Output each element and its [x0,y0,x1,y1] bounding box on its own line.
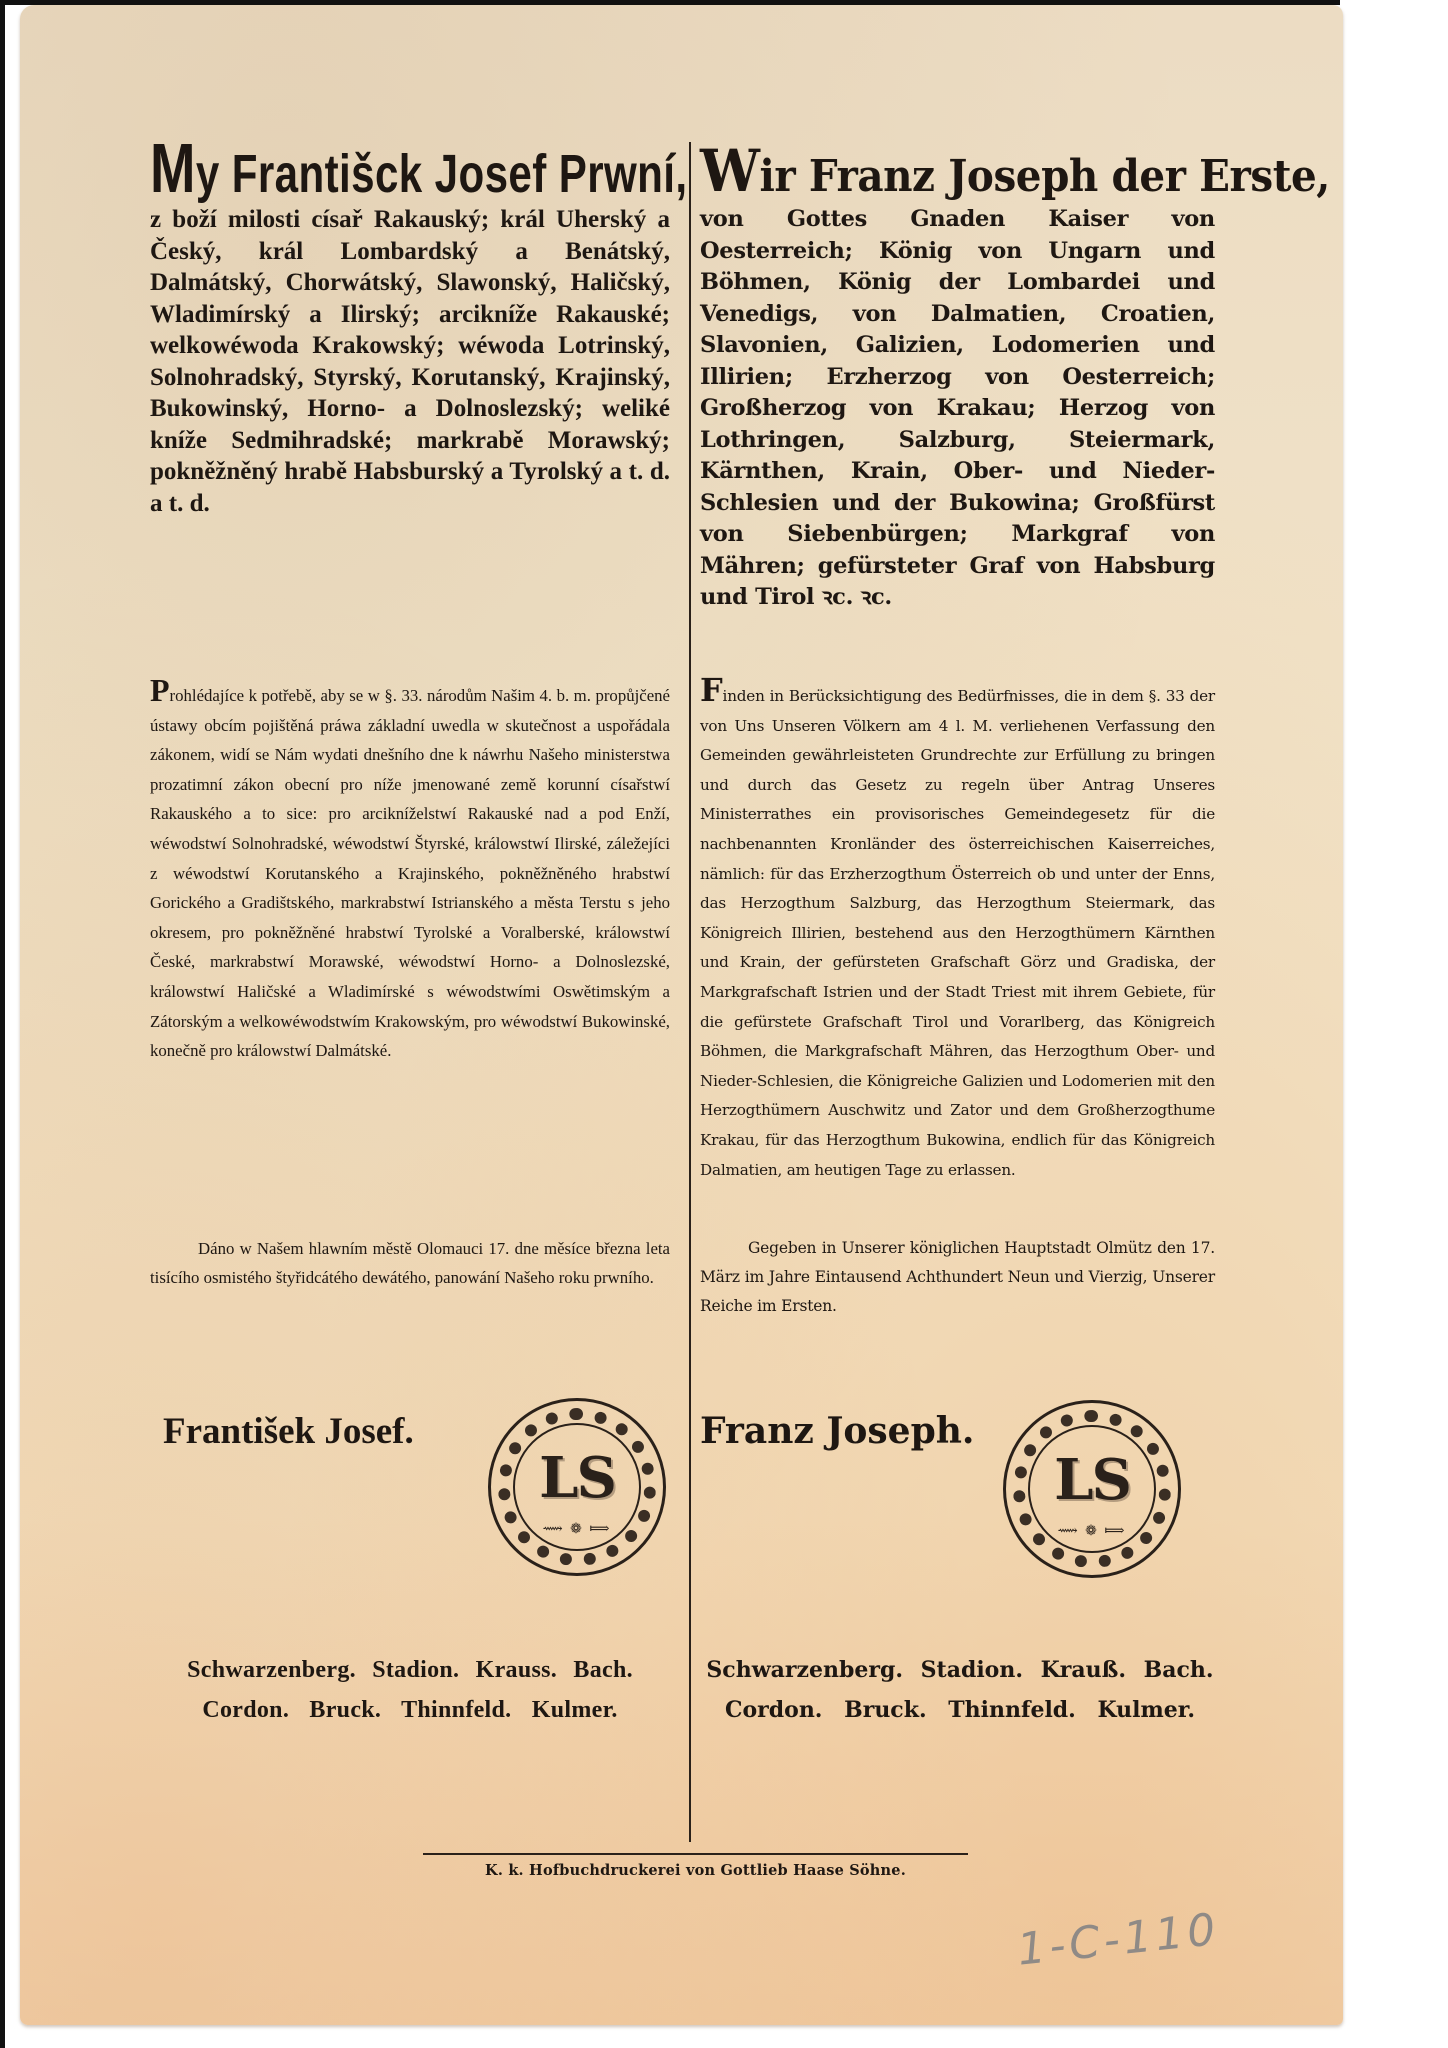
seal-ornament-icon: ⟿ ❁ ⟾ [1006,1523,1178,1540]
czech-ministers-row-1: Schwarzenberg. Stadion. Krauss. Bach. [150,1650,670,1690]
german-body-paragraph: Finden in Berücksichtigung des Bedürfnis… [700,680,1215,1185]
german-title-rest: ir Franz Joseph der Erste, [759,151,1329,202]
german-dated-clause: Gegeben in Unserer königlichen Hauptstad… [700,1234,1215,1321]
column-divider [689,142,691,1842]
imprint-rule [423,1853,968,1855]
printer-imprint: K. k. Hofbuchdruckerei von Gottlieb Haas… [423,1862,968,1879]
czech-body-initial: P [150,672,170,708]
seal-label: LS [491,1445,663,1511]
german-ministers-row-2: Cordon. Bruck. Thinnfeld. Kulmer. [700,1690,1220,1730]
czech-ministers-row-2: Cordon. Bruck. Thinnfeld. Kulmer. [150,1690,670,1730]
seal-ornament-icon: ⟿ ❁ ⟾ [491,1521,663,1538]
seal-ls-left: LS ⟿ ❁ ⟾ [488,1398,666,1576]
scan-border-left [0,0,5,2048]
german-signature: Franz Joseph. [700,1410,974,1452]
czech-ministers: Schwarzenberg. Stadion. Krauss. Bach. Co… [150,1650,670,1730]
czech-title-initial: M [150,129,196,207]
czech-dated-clause: Dáno w Našem hlawním městě Olomauci 17. … [150,1234,670,1292]
german-ministers: Schwarzenberg. Stadion. Krauß. Bach. Cor… [700,1650,1220,1730]
german-title-initial: W [700,137,759,205]
german-titles: von Gottes Gnaden Kaiser von Oesterreich… [700,204,1215,614]
czech-signature: František Josef. [163,1410,414,1453]
seal-label: LS [1006,1447,1178,1513]
german-body-text: inden in Berücksichtigung des Bedürfniss… [700,687,1215,1179]
german-body-initial: F [700,671,723,709]
czech-title: My Františck Josef Prwní, [150,138,556,204]
seal-ls-right: LS ⟿ ❁ ⟾ [1003,1400,1181,1578]
czech-body-text: rohlédajíce k potřebě, aby se w §. 33. n… [150,686,670,1060]
german-title: Wir Franz Joseph der Erste, [700,142,1178,206]
german-ministers-row-1: Schwarzenberg. Stadion. Krauß. Bach. [700,1650,1220,1690]
czech-body-paragraph: Prohlédajíce k potřebě, aby se w §. 33. … [150,680,670,1066]
czech-titles: z boží milosti císař Rakauský; král Uher… [150,204,670,519]
czech-title-rest: y Františck Josef Prwní, [196,144,688,204]
